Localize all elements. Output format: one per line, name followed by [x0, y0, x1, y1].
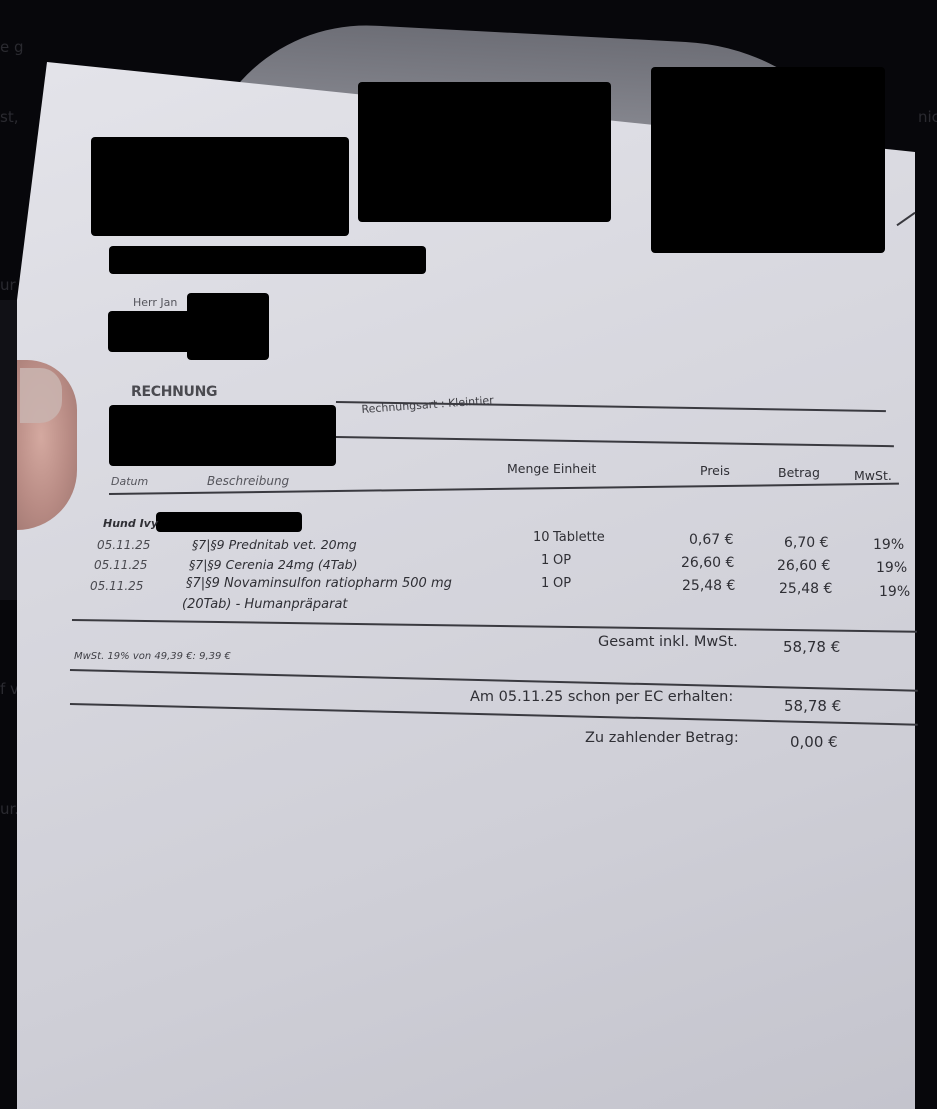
item-date: 05.11.25 [94, 558, 147, 572]
background-text-fragment: e g [0, 38, 24, 56]
item-unit: Tablette [553, 530, 605, 545]
item-amount: 26,60 € [777, 558, 830, 574]
background-panel [0, 300, 17, 600]
item-date: 05.11.25 [90, 579, 143, 593]
due-value: 0,00 € [790, 733, 838, 751]
paid-value: 58,78 € [784, 697, 841, 715]
paid-label: Am 05.11.25 schon per EC erhalten: [470, 689, 733, 705]
item-price: 26,60 € [681, 555, 734, 571]
vat-note: MwSt. 19% von 49,39 €: 9,39 € [74, 651, 231, 662]
redaction-block [109, 246, 426, 274]
item-vat: 19% [873, 537, 904, 553]
total-label: Gesamt inkl. MwSt. [598, 634, 738, 650]
due-label: Zu zahlender Betrag: [585, 730, 739, 746]
background-text-fragment: f v [0, 680, 19, 698]
redaction-block [187, 293, 269, 360]
item-quantity: 1 [541, 576, 549, 591]
background-text-fragment: ur. [0, 800, 19, 818]
column-header-preis: Preis [700, 463, 730, 478]
item-amount: 6,70 € [784, 535, 829, 551]
item-vat: 19% [879, 584, 910, 600]
redaction-block [91, 137, 349, 236]
background-text-fragment: nic [918, 108, 937, 126]
column-header-betrag: Betrag [778, 465, 820, 480]
item-unit: OP [553, 553, 571, 568]
total-value: 58,78 € [783, 638, 840, 656]
thumbnail-nail [20, 368, 62, 423]
redaction-block [156, 512, 302, 532]
item-price: 25,48 € [682, 578, 735, 594]
column-header-menge-einheit: Menge Einheit [507, 461, 596, 476]
item-price: 0,67 € [689, 532, 734, 548]
redaction-block [651, 67, 885, 253]
patient-label: Hund Ivy [103, 517, 158, 530]
background-text-fragment: st, [0, 108, 18, 126]
invoice-title: RECHNUNG [131, 384, 217, 400]
background-text-fragment: ur [0, 276, 16, 294]
column-header-mwst: MwSt. [854, 468, 892, 483]
column-header-datum: Datum [111, 475, 148, 488]
item-amount: 25,48 € [779, 581, 832, 597]
redaction-block [109, 405, 336, 466]
salutation: Herr Jan [133, 296, 177, 309]
item-description-continued: (20Tab) - Humanpräparat [182, 597, 348, 612]
item-description: §7|§9 Prednitab vet. 20mg [192, 537, 357, 552]
item-unit: OP [553, 576, 571, 591]
item-description: §7|§9 Cerenia 24mg (4Tab) [189, 557, 357, 572]
item-description: §7|§9 Novaminsulfon ratiopharm 500 mg [186, 576, 452, 591]
redaction-block [358, 82, 611, 222]
item-date: 05.11.25 [97, 538, 150, 552]
redaction-block [108, 311, 198, 352]
item-quantity: 10 [533, 530, 550, 545]
column-header-beschreibung: Beschreibung [207, 474, 289, 488]
item-quantity: 1 [541, 553, 549, 568]
item-vat: 19% [876, 560, 907, 576]
